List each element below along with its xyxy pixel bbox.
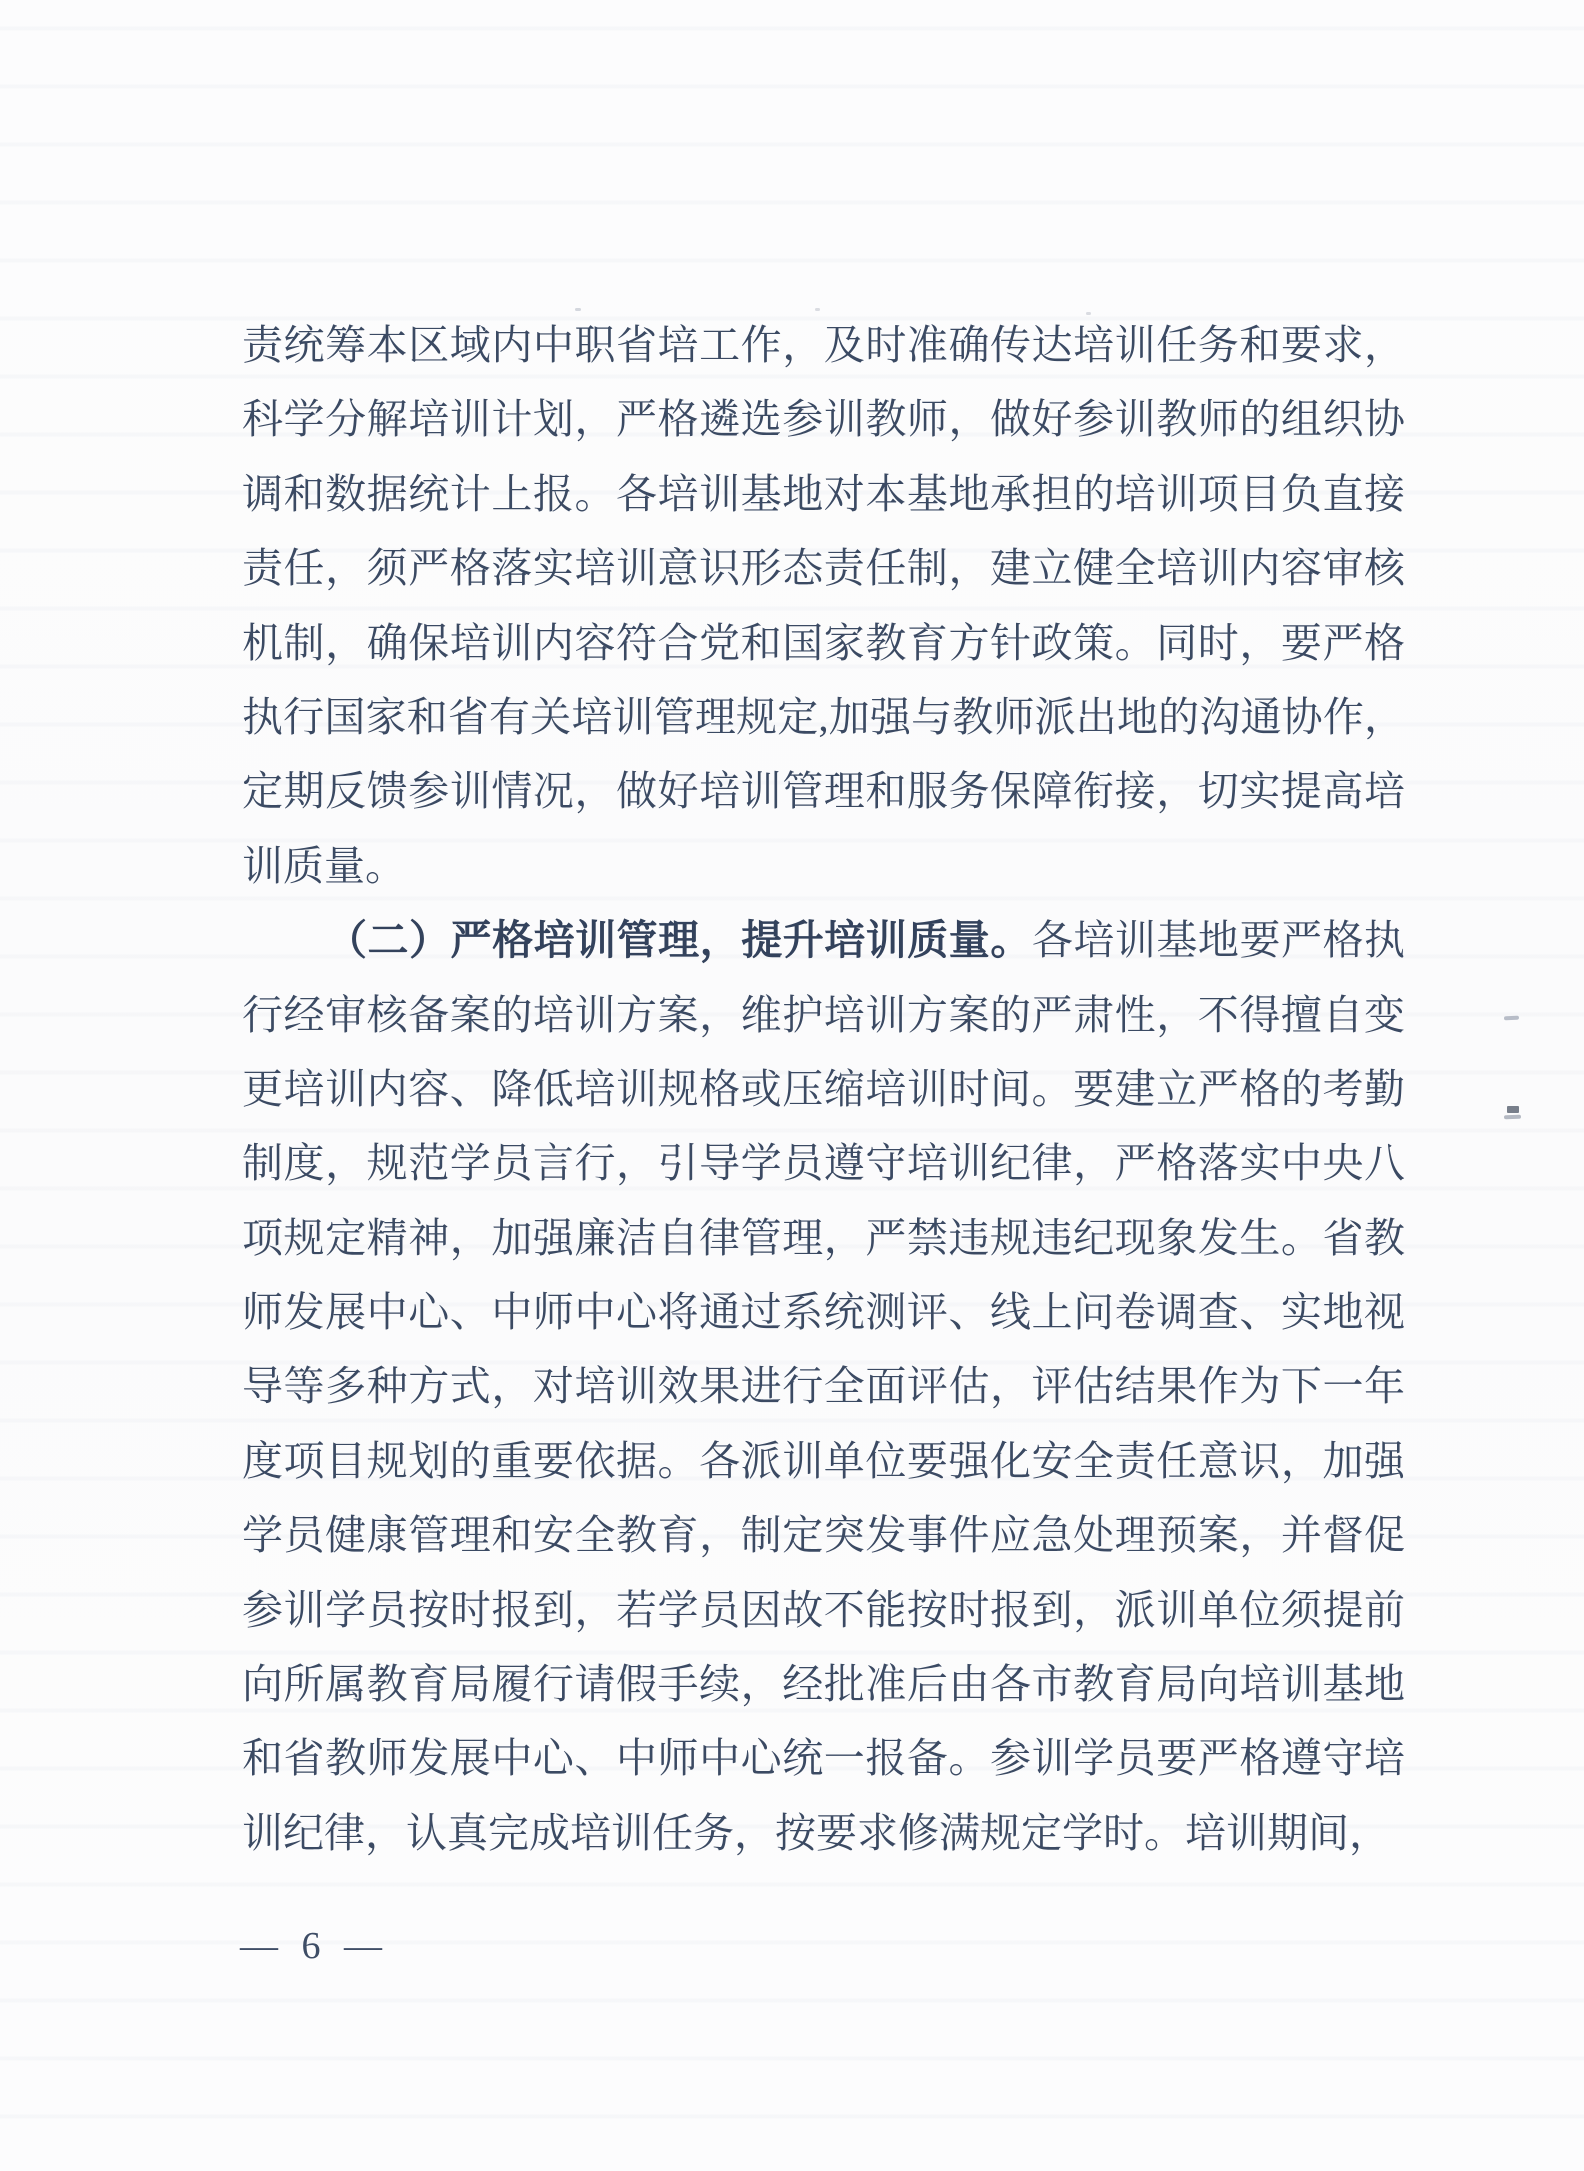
section-heading-line-rest: 各培训基地要严格执	[1032, 917, 1405, 963]
text-line: 科学分解培训计划，严格遴选参训教师，做好参训教师的组织协	[242, 382, 1405, 456]
page-number: — 6 —	[240, 1924, 384, 1968]
text-line: 责统筹本区域内中职省培工作，及时准确传达培训任务和要求，	[242, 308, 1405, 382]
text-line: 参训学员按时报到，若学员因故不能按时报到，派训单位须提前	[242, 1573, 1405, 1647]
text-line: 度项目规划的重要依据。各派训单位要强化安全责任意识，加强	[242, 1424, 1405, 1498]
text-line: 项规定精神，加强廉洁自律管理，严禁违规违纪现象发生。省教	[242, 1201, 1405, 1275]
section-heading: （二）严格培训管理，提升培训质量。	[326, 917, 1032, 963]
section-heading-line: （二）严格培训管理，提升培训质量。各培训基地要严格执	[242, 903, 1405, 977]
scan-artifact-dash	[1504, 1115, 1521, 1120]
text-line: 调和数据统计上报。各培训基地对本基地承担的培训项目负直接	[242, 457, 1405, 531]
text-line: 制度，规范学员言行，引导学员遵守培训纪律，严格落实中央八	[242, 1126, 1405, 1200]
text-line: 行经审核备案的培训方案，维护培训方案的严肃性，不得擅自变	[242, 978, 1405, 1052]
scan-artifact-dash	[1504, 1016, 1519, 1021]
text-line: 定期反馈参训情况，做好培训管理和服务保障衔接，切实提高培	[242, 754, 1405, 828]
text-line: 学员健康管理和安全教育，制定突发事件应急处理预案，并督促	[242, 1498, 1405, 1572]
text-line: 和省教师发展中心、中师中心统一报备。参训学员要严格遵守培	[242, 1721, 1405, 1795]
scanned-document-page: 责统筹本区域内中职省培工作，及时准确传达培训任务和要求， 科学分解培训计划，严格…	[0, 0, 1584, 2171]
scan-artifact-mark	[1507, 1106, 1519, 1113]
document-body-text: 责统筹本区域内中职省培工作，及时准确传达培训任务和要求， 科学分解培训计划，严格…	[242, 308, 1405, 1870]
text-line: 师发展中心、中师中心将通过系统测评、线上问卷调查、实地视	[242, 1275, 1405, 1349]
text-line: 导等多种方式，对培训效果进行全面评估，评估结果作为下一年	[242, 1349, 1405, 1423]
text-line-paragraph-end: 训质量。	[242, 829, 1405, 903]
text-line: 更培训内容、降低培训规格或压缩培训时间。要建立严格的考勤	[242, 1052, 1405, 1126]
text-line-page-last: 训纪律，认真完成培训任务，按要求修满规定学时。培训期间，	[242, 1796, 1405, 1870]
text-line: 执行国家和省有关培训管理规定,加强与教师派出地的沟通协作，	[242, 680, 1405, 754]
text-line: 责任，须严格落实培训意识形态责任制，建立健全培训内容审核	[242, 531, 1405, 605]
text-line: 机制，确保培训内容符合党和国家教育方针政策。同时，要严格	[242, 606, 1405, 680]
text-line: 向所属教育局履行请假手续，经批准后由各市教育局向培训基地	[242, 1647, 1405, 1721]
